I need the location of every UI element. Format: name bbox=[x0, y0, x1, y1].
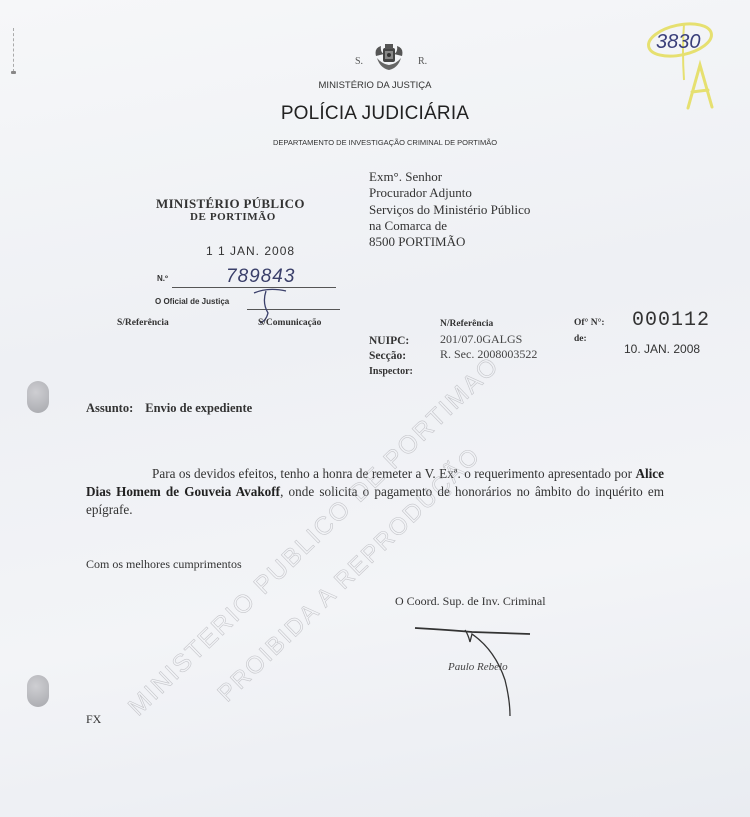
office-number: 000112 bbox=[632, 309, 710, 332]
punch-hole bbox=[27, 675, 49, 707]
footer-code: FX bbox=[86, 712, 101, 727]
section-label: Secção: bbox=[369, 349, 413, 364]
addressee-block: Exm°. Senhor Procurador Adjunto Serviços… bbox=[369, 169, 530, 250]
stamp-subtitle: DE PORTIMÃO bbox=[190, 211, 276, 223]
subject-value: Envio de expediente bbox=[145, 401, 252, 415]
body-paragraph: Para os devidos efeitos, tenho a honra d… bbox=[86, 465, 664, 519]
office-number-label: Of° N°: bbox=[574, 318, 605, 328]
coat-of-arms-icon bbox=[372, 42, 406, 72]
signatory-title: O Coord. Sup. de Inv. Criminal bbox=[395, 594, 546, 609]
department-name: DEPARTAMENTO DE INVESTIGAÇÃO CRIMINAL DE… bbox=[0, 138, 750, 147]
section-value: R. Sec. 2008003522 bbox=[440, 347, 537, 362]
your-reference-label: S/Referência bbox=[117, 318, 169, 328]
margin-dot bbox=[11, 71, 16, 74]
ministry-name: MINISTÉRIO DA JUSTIÇA bbox=[0, 80, 750, 91]
stamp-number-label: N.º bbox=[157, 274, 168, 283]
letterhead-right-initial: R. bbox=[418, 56, 427, 67]
stamp-date: 1 1 JAN. 2008 bbox=[206, 244, 295, 258]
handwritten-annotation: 3830 bbox=[640, 10, 740, 110]
your-communication-label: S/Comunicação bbox=[258, 318, 321, 328]
addressee-line: 8500 PORTIMÃO bbox=[369, 234, 530, 250]
subject-line: Assunto:Envio de expediente bbox=[86, 401, 252, 416]
closing-salutation: Com os melhores cumprimentos bbox=[86, 557, 242, 572]
annotation-number: 3830 bbox=[656, 31, 701, 53]
addressee-line: Procurador Adjunto bbox=[369, 185, 530, 201]
signatory-name: Paulo Rebelo bbox=[448, 661, 508, 673]
body-text-part1: Para os devidos efeitos, tenho a honra d… bbox=[152, 466, 635, 481]
nuipc-label: NUIPC: bbox=[369, 334, 413, 349]
reference-values: 201/07.0GALGS R. Sec. 2008003522 bbox=[440, 332, 537, 362]
addressee-line: Serviços do Ministério Público bbox=[369, 202, 530, 218]
punch-hole bbox=[27, 381, 49, 413]
nuipc-value: 201/07.0GALGS bbox=[440, 332, 537, 347]
stamp-officer-label: O Oficial de Justiça bbox=[155, 297, 229, 306]
office-date-label: de: bbox=[574, 334, 587, 344]
addressee-line: na Comarca de bbox=[369, 218, 530, 234]
reference-labels: NUIPC: Secção: Inspector: bbox=[369, 334, 413, 379]
inspector-label: Inspector: bbox=[369, 364, 413, 379]
stamp-title: MINISTÉRIO PÚBLICO bbox=[156, 196, 305, 212]
letterhead-left-initial: S. bbox=[355, 56, 363, 67]
addressee-line: Exm°. Senhor bbox=[369, 169, 530, 185]
subject-label: Assunto: bbox=[86, 401, 133, 415]
margin-mark bbox=[13, 28, 15, 72]
our-reference-label: N/Referência bbox=[440, 319, 493, 329]
agency-name: POLÍCIA JUDICIÁRIA bbox=[0, 103, 750, 125]
office-date: 10. JAN. 2008 bbox=[624, 342, 700, 356]
